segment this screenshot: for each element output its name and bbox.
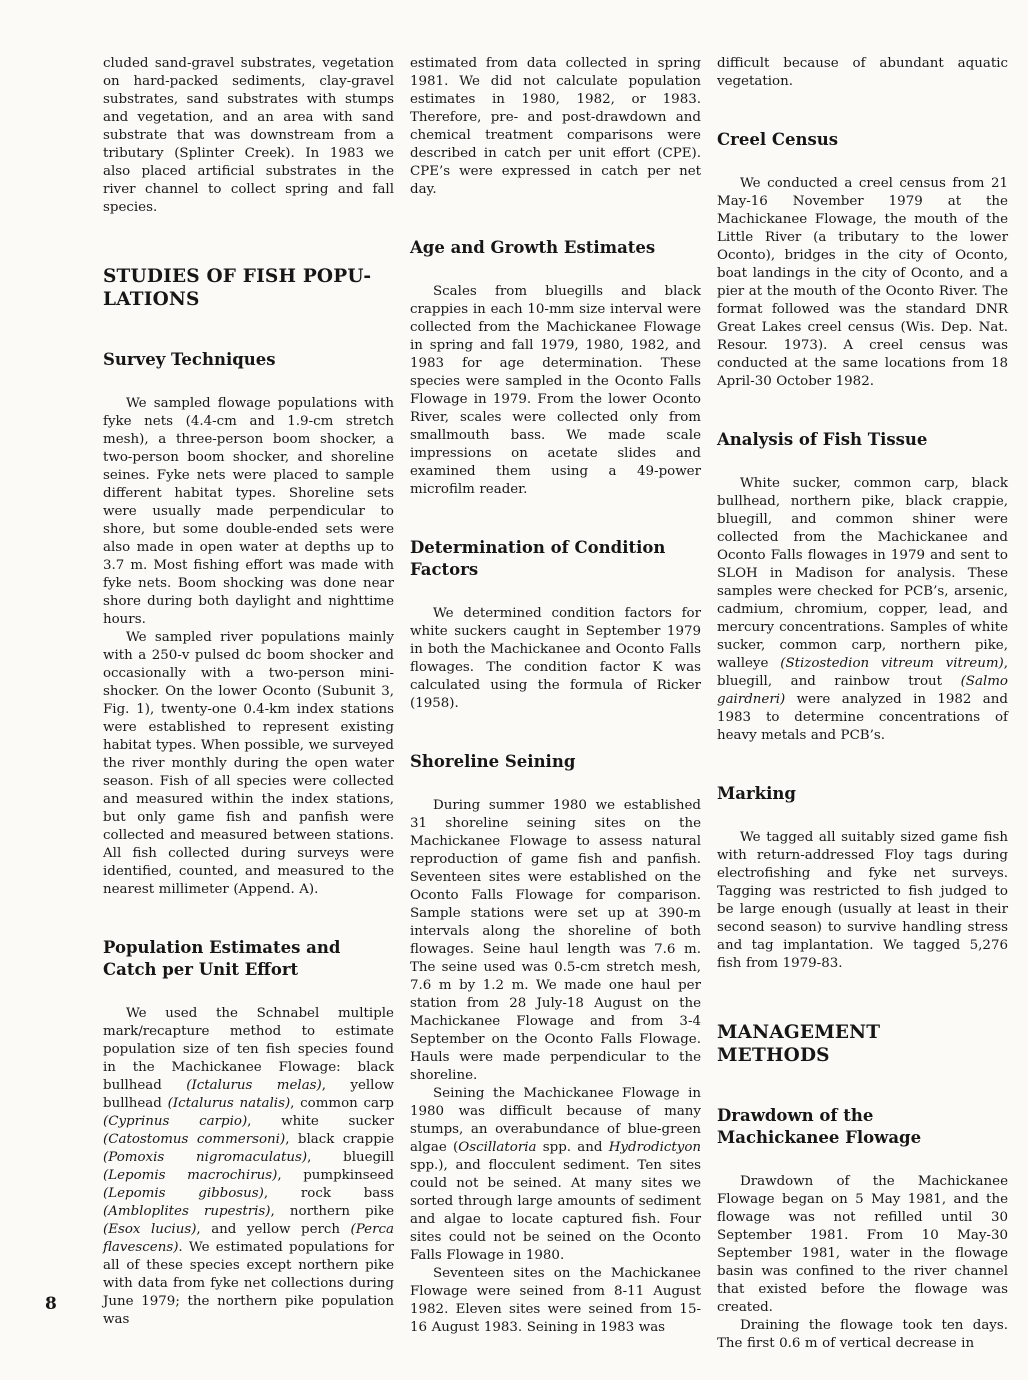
heading-age-and-growth-estimates: Age and Growth Estimates [410,237,701,259]
paragraph-population-estimates: We used the Schnabel multiple mark/recap… [103,1005,394,1329]
column-middle: estimated from data collected in spring … [410,55,701,1353]
heading-management-methods: MANAGEMENT METHODS [717,1021,1008,1067]
paragraph-drawdown-1: Drawdown of the Machickanee Flowage bega… [717,1173,1008,1317]
paragraph-age-and-growth: Scales from bluegills and black crappies… [410,283,701,499]
heading-shoreline-seining: Shoreline Seining [410,751,701,773]
paragraph-shoreline-seining-2: Seining the Machickanee Flowage in 1980 … [410,1085,701,1265]
column-left: cluded sand-gravel substrates, vegetatio… [103,55,394,1353]
paragraph-estimates-continued: estimated from data collected in spring … [410,55,701,199]
paragraph-marking: We tagged all suitably sized game fish w… [717,829,1008,973]
paragraph-shoreline-seining-3: Seventeen sites on the Machickanee Flowa… [410,1265,701,1337]
paragraph-substrates-continued: cluded sand-gravel substrates, vegetatio… [103,55,394,217]
page-number: 8 [45,1294,57,1314]
heading-creel-census: Creel Census [717,129,1008,151]
paragraph-shoreline-seining-1: During summer 1980 we established 31 sho… [410,797,701,1085]
heading-studies-of-fish-populations: STUDIES OF FISH POPU- LATIONS [103,265,394,311]
paragraph-drawdown-2: Draining the flowage took ten days. The … [717,1317,1008,1353]
column-right: difficult because of abundant aquatic ve… [717,55,1008,1353]
paragraph-survey-techniques-2: We sampled river populations mainly with… [103,629,394,899]
heading-population-estimates: Population Estimates and Catch per Unit … [103,937,394,981]
paragraph-creel-census: We conducted a creel census from 21 May-… [717,175,1008,391]
paragraph-fish-tissue: White sucker, common carp, black bullhea… [717,475,1008,745]
heading-drawdown-machickanee-flowage: Drawdown of the Machickanee Flowage [717,1105,1008,1149]
heading-marking: Marking [717,783,1008,805]
paragraph-condition-factors: We determined condition factors for whit… [410,605,701,713]
heading-survey-techniques: Survey Techniques [103,349,394,371]
heading-analysis-of-fish-tissue: Analysis of Fish Tissue [717,429,1008,451]
paragraph-survey-techniques-1: We sampled flowage populations with fyke… [103,395,394,629]
paragraph-difficult-continued: difficult because of abundant aquatic ve… [717,55,1008,91]
heading-determination-of-condition-factors: Determination of Condition Factors [410,537,701,581]
document-page: cluded sand-gravel substrates, vegetatio… [0,0,1028,1380]
text-columns: cluded sand-gravel substrates, vegetatio… [103,55,1008,1353]
